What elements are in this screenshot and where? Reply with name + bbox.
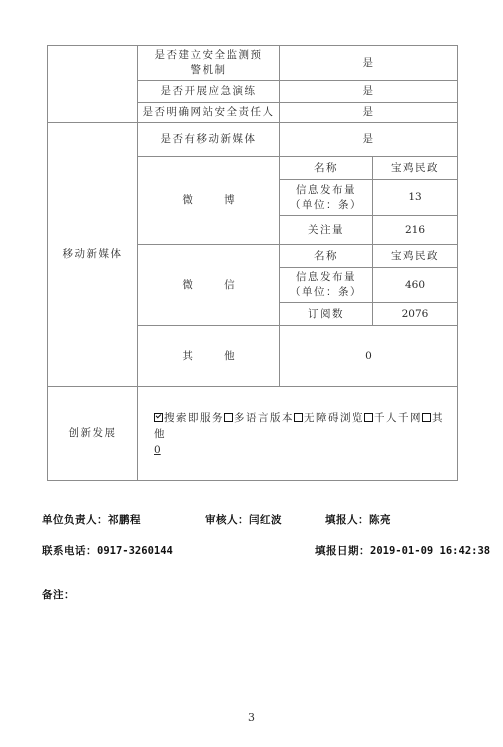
weibo-name-label: 名称 <box>280 157 373 180</box>
innovation-options: 搜索即服务多语言版本无障碍浏览千人千网其他 0 <box>138 387 458 481</box>
security-owner-label: 是否明确网站安全责任人 <box>138 103 280 123</box>
checkbox-icon[interactable] <box>364 413 373 422</box>
reviewer-label: 审核人： <box>205 514 249 526</box>
option-personalized[interactable]: 千人千网 <box>364 412 422 424</box>
wechat-name-value: 宝鸡民政 <box>373 245 458 268</box>
filler: 填报人：陈亮 <box>325 512 391 527</box>
fill-date: 填报日期：2019-01-09 16:42:38 <box>315 543 490 558</box>
date-label: 填报日期： <box>315 545 370 557</box>
innovation-other-value: 0 <box>154 444 161 456</box>
other-media-label: 其 他 <box>138 326 280 387</box>
emergency-drill-value: 是 <box>280 81 458 103</box>
reviewer: 审核人：闫红波 <box>205 512 282 527</box>
report-table: 是否建立安全监测预警机制 是 是否开展应急演练 是 是否明确网站安全责任人 是 … <box>47 45 458 481</box>
wechat-posts-label: 信息发布量（单位：条） <box>280 268 373 303</box>
has-mobile-media-value: 是 <box>280 123 458 157</box>
remarks: 备注： <box>42 587 75 602</box>
emergency-drill-label: 是否开展应急演练 <box>138 81 280 103</box>
weibo-followers-value: 216 <box>373 216 458 245</box>
checkbox-checked-icon[interactable] <box>154 413 163 422</box>
security-owner-value: 是 <box>280 103 458 123</box>
checkbox-icon[interactable] <box>422 413 431 422</box>
mobile-media-section-label: 移动新媒体 <box>48 123 138 387</box>
phone-label: 联系电话： <box>42 545 97 557</box>
wechat-posts-value: 460 <box>373 268 458 303</box>
wechat-subscribers-label: 订阅数 <box>280 303 373 326</box>
weibo-label: 微 博 <box>138 157 280 245</box>
checkbox-icon[interactable] <box>294 413 303 422</box>
wechat-label: 微 信 <box>138 245 280 326</box>
option-multilingual[interactable]: 多语言版本 <box>224 412 294 424</box>
security-monitoring-label: 是否建立安全监测预警机制 <box>138 46 280 81</box>
wechat-name-label: 名称 <box>280 245 373 268</box>
contact-phone: 联系电话：0917-3260144 <box>42 543 173 558</box>
option-accessibility[interactable]: 无障碍浏览 <box>294 412 364 424</box>
phone-value: 0917-3260144 <box>97 545 173 557</box>
weibo-posts-label: 信息发布量（单位：条） <box>280 180 373 216</box>
unit-head-value: 祁鹏程 <box>108 514 141 526</box>
weibo-name-value: 宝鸡民政 <box>373 157 458 180</box>
checkbox-icon[interactable] <box>224 413 233 422</box>
security-section-cell <box>48 46 138 123</box>
page-number: 3 <box>0 711 503 724</box>
remarks-label: 备注： <box>42 589 75 601</box>
weibo-posts-value: 13 <box>373 180 458 216</box>
has-mobile-media-label: 是否有移动新媒体 <box>138 123 280 157</box>
security-monitoring-value: 是 <box>280 46 458 81</box>
unit-head-label: 单位负责人： <box>42 514 108 526</box>
weibo-followers-label: 关注量 <box>280 216 373 245</box>
reviewer-value: 闫红波 <box>249 514 282 526</box>
filler-label: 填报人： <box>325 514 369 526</box>
filler-value: 陈亮 <box>369 514 391 526</box>
other-media-value: 0 <box>280 326 458 387</box>
wechat-subscribers-value: 2076 <box>373 303 458 326</box>
innovation-section-label: 创新发展 <box>48 387 138 481</box>
date-value: 2019-01-09 16:42:38 <box>370 545 490 557</box>
unit-head: 单位负责人：祁鹏程 <box>42 512 141 527</box>
option-search-service[interactable]: 搜索即服务 <box>154 412 224 424</box>
